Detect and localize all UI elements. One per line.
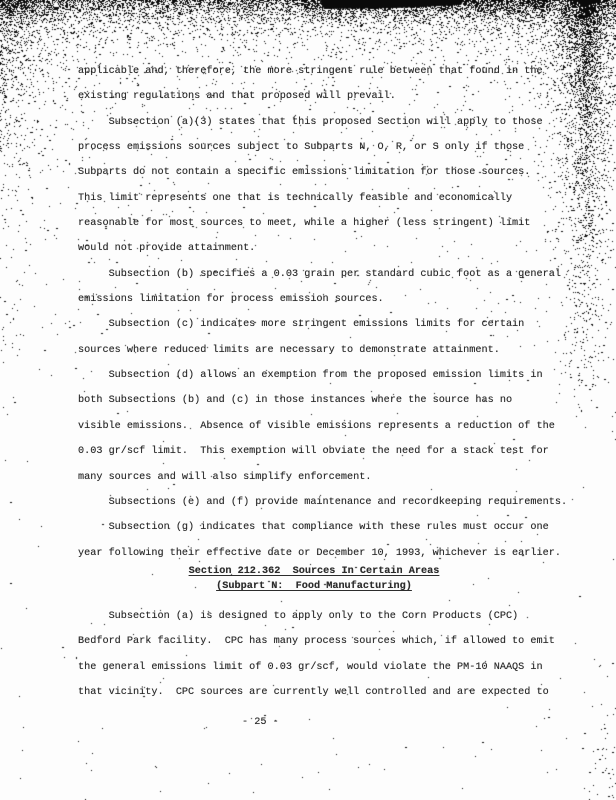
page-number: - 25 - xyxy=(242,716,279,730)
section-heading-line1: Section 212.362 Sources In Certain Areas xyxy=(78,564,550,579)
text-line: 0.03 gr/scf limit. This exemption will o… xyxy=(78,439,550,464)
text-line: visible emissions. Absence of visible em… xyxy=(78,414,550,439)
text-line: Subsection (b) specifies a 0.03 grain pe… xyxy=(78,262,550,287)
text-line: Subsection (d) allows an exemption from … xyxy=(78,363,550,388)
scanned-document-page: applicable and, therefore, the more stri… xyxy=(0,0,616,800)
section-heading-line2: (Subpart N: Food Manufacturing) xyxy=(78,579,550,594)
text-line: existing regulations and that proposed w… xyxy=(78,84,550,109)
text-line: Subsection (a) is designed to apply only… xyxy=(78,604,550,629)
body-paragraph-lower: Subsection (a) is designed to apply only… xyxy=(78,604,550,705)
text-line: both Subsections (b) and (c) in those in… xyxy=(78,388,550,413)
text-line: Subsection (g) indicates that compliance… xyxy=(78,515,550,540)
text-line: sources where reduced limits are necessa… xyxy=(78,338,550,363)
text-line: emissions limitation for process emissio… xyxy=(78,287,550,312)
text-line: reasonable for most sources to meet, whi… xyxy=(78,211,550,236)
text-line: that vicinity. CPC sources are currently… xyxy=(78,680,550,705)
text-line: the general emissions limit of 0.03 gr/s… xyxy=(78,655,550,680)
text-line: Bedford Park facility. CPC has many proc… xyxy=(78,629,550,654)
text-line: would not provide attainment. xyxy=(78,236,550,261)
text-line: year following their effective date or D… xyxy=(78,541,550,566)
text-line: applicable and, therefore, the more stri… xyxy=(78,59,550,84)
text-line: Subsections (e) and (f) provide maintena… xyxy=(78,490,550,515)
text-line: This limit represents one that is techni… xyxy=(78,186,550,211)
section-heading: Section 212.362 Sources In Certain Areas… xyxy=(78,564,550,594)
body-paragraphs-upper: applicable and, therefore, the more stri… xyxy=(78,59,550,566)
text-line: Subsection (c) indicates more stringent … xyxy=(78,312,550,337)
text-line: process emissions sources subject to Sub… xyxy=(78,135,550,160)
text-line: many sources and will also simplify enfo… xyxy=(78,465,550,490)
text-line: Subsection (a)(3) states that this propo… xyxy=(78,110,550,135)
text-line: Subparts do not contain a specific emiss… xyxy=(78,160,550,185)
